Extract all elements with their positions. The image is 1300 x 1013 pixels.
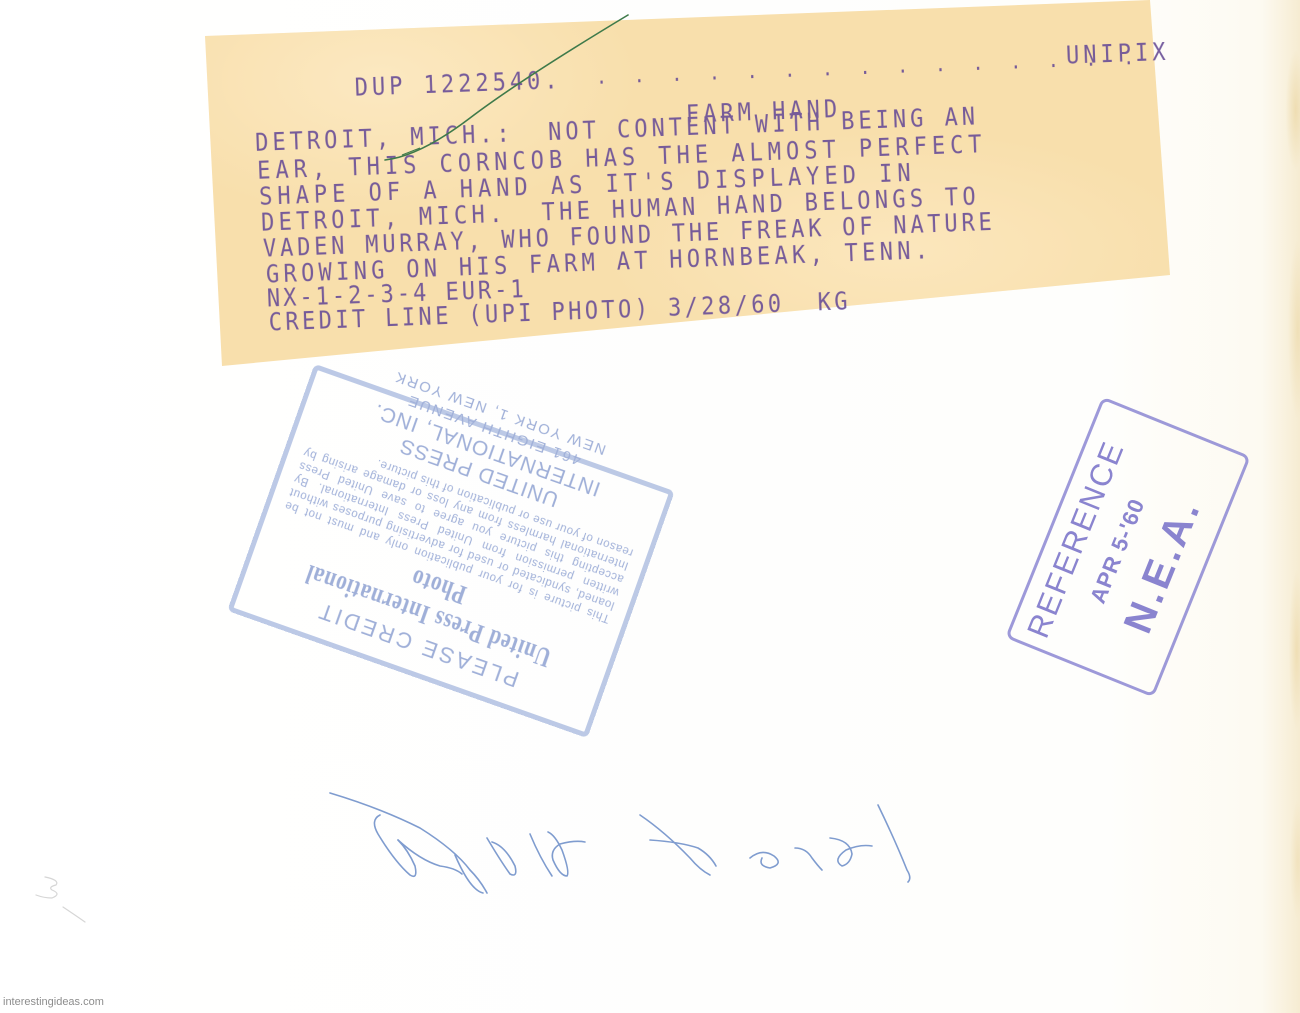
photo-back-page: DUP 1222540. . . . . . . . . . . . . . .… — [0, 0, 1300, 1013]
reference-stamp: REFERENCE APR 5-'60 N.E.A. — [1005, 396, 1251, 697]
agency-label: UNIPIX — [1066, 39, 1170, 71]
upi-credit-stamp: PLEASE CREDIT United Press International… — [227, 364, 675, 738]
caption-text: DUP 1222540. . . . . . . . . . . . . . .… — [250, 54, 314, 322]
watermark: interestingideas.com — [3, 996, 104, 1008]
edge-stain — [1278, 0, 1300, 1013]
caption-agency: UNIPIX — [961, 16, 1171, 97]
